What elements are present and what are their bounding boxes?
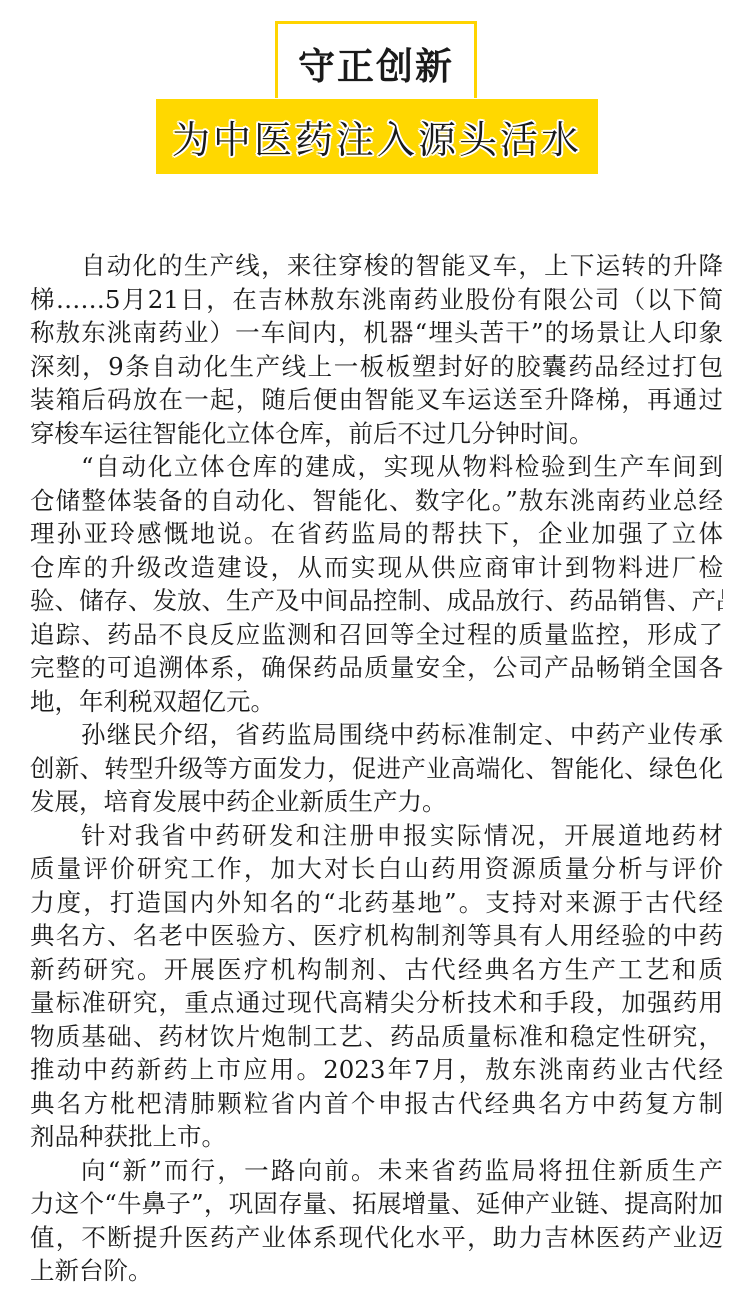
- paragraph-line: 发展，培育发展中药企业新质生产力。: [30, 785, 723, 819]
- paragraph-line: 力度，打造国内外知名的“北药基地”。支持对来源于古代经: [30, 886, 723, 920]
- paragraph-line: 值，不断提升医药产业体系现代化水平，助力吉林医药产业迈: [30, 1221, 723, 1255]
- paragraph-line: 力这个“牛鼻子”，巩固存量、拓展增量、延伸产业链、提高附加: [30, 1187, 723, 1221]
- paragraph-line: 典名方、名老中医验方、医疗机构制剂等具有人用经验的中药: [30, 919, 723, 953]
- paragraph-line: 装箱后码放在一起，随后便由智能叉车运送至升降梯，再通过: [30, 383, 723, 417]
- paragraph-line: 向“新”而行，一路向前。未来省药监局将扭住新质生产: [30, 1154, 723, 1188]
- paragraph-line: 孙继民介绍，省药监局围绕中药标准制定、中药产业传承: [30, 718, 723, 752]
- paragraph-line: 仓储整体装备的自动化、智能化、数字化。”敖东洮南药业总经: [30, 484, 723, 518]
- paragraph-line: 新药研究。开展医疗机构制剂、古代经典名方生产工艺和质: [30, 953, 723, 987]
- headline-banner: 为中医药注入源头活水: [156, 99, 598, 174]
- paragraph-line: 完整的可追溯体系，确保药品质量安全，公司产品畅销全国各: [30, 651, 723, 685]
- paragraph-line: “自动化立体仓库的建成，实现从物料检验到生产车间到: [30, 450, 723, 484]
- paragraph: 孙继民介绍，省药监局围绕中药标准制定、中药产业传承 创新、转型升级等方面发力，促…: [30, 718, 723, 819]
- paragraph: 向“新”而行，一路向前。未来省药监局将扭住新质生产 力这个“牛鼻子”，巩固存量、…: [30, 1154, 723, 1288]
- paragraph-line: 自动化的生产线，来往穿梭的智能叉车，上下运转的升降: [30, 249, 723, 283]
- paragraph-line: 上新台阶。: [30, 1254, 723, 1288]
- paragraph-line: 深刻，9条自动化生产线上一板板塑封好的胶囊药品经过打包: [30, 350, 723, 384]
- paragraph-line: 质量评价研究工作，加大对长白山药用资源质量分析与评价: [30, 852, 723, 886]
- paragraph: “自动化立体仓库的建成，实现从物料检验到生产车间到 仓储整体装备的自动化、智能化…: [30, 450, 723, 718]
- paragraph: 自动化的生产线，来往穿梭的智能叉车，上下运转的升降 梯……5月21日，在吉林敖东…: [30, 249, 723, 450]
- paragraph-line: 创新、转型升级等方面发力，促进产业高端化、智能化、绿色化: [30, 752, 723, 786]
- paragraph-line: 剂品种获批上市。: [30, 1120, 723, 1154]
- headline-kicker: 守正创新: [298, 36, 454, 90]
- paragraph-line: 量标准研究，重点通过现代高精尖分析技术和手段，加强药用: [30, 986, 723, 1020]
- paragraph-line: 典名方枇杷清肺颗粒省内首个申报古代经典名方中药复方制: [30, 1087, 723, 1121]
- paragraph-line: 仓库的升级改造建设，从而实现从供应商审计到物料进厂检: [30, 551, 723, 585]
- paragraph-line: 梯……5月21日，在吉林敖东洮南药业股份有限公司（以下简: [30, 283, 723, 317]
- paragraph-line: 理孙亚玲感慨地说。在省药监局的帮扶下，企业加强了立体: [30, 517, 723, 551]
- paragraph-line: 物质基础、药材饮片炮制工艺、药品质量标准和稳定性研究，: [30, 1020, 723, 1054]
- headline-kicker-box: 守正创新: [275, 21, 477, 98]
- paragraph-line: 穿梭车运往智能化立体仓库，前后不过几分钟时间。: [30, 417, 723, 451]
- paragraph-line: 推动中药新药上市应用。2023年7月，敖东洮南药业古代经: [30, 1053, 723, 1087]
- paragraph: 针对我省中药研发和注册申报实际情况，开展道地药材 质量评价研究工作，加大对长白山…: [30, 819, 723, 1154]
- paragraph-line: 针对我省中药研发和注册申报实际情况，开展道地药材: [30, 819, 723, 853]
- paragraph-line: 追踪、药品不良反应监测和召回等全过程的质量监控，形成了: [30, 618, 723, 652]
- paragraph-line: 称敖东洮南药业）一车间内，机器“埋头苦干”的场景让人印象: [30, 316, 723, 350]
- paragraph-line: 验、储存、发放、生产及中间品控制、成品放行、药品销售、产品: [30, 584, 723, 618]
- paragraph-line: 地，年利税双超亿元。: [30, 685, 723, 719]
- article-body: 自动化的生产线，来往穿梭的智能叉车，上下运转的升降 梯……5月21日，在吉林敖东…: [30, 249, 723, 1288]
- headline-title: 为中医药注入源头活水: [172, 109, 582, 164]
